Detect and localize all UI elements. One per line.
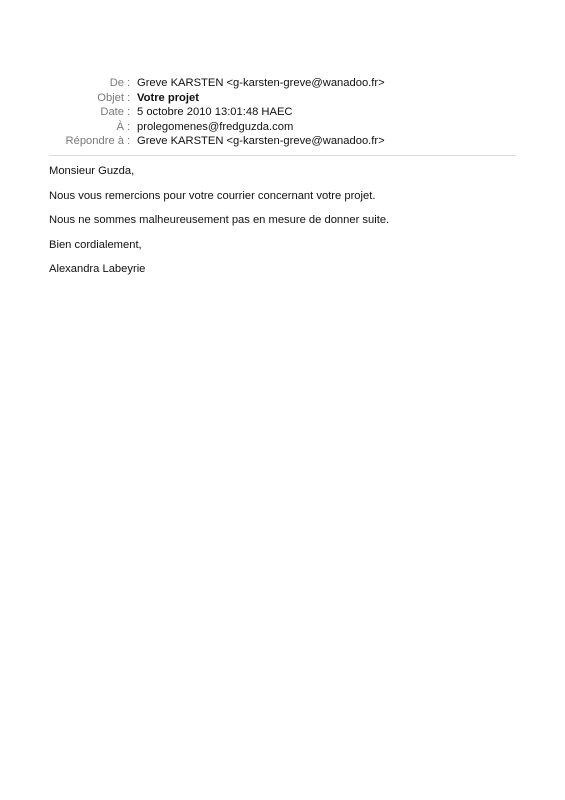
header-to: À : prolegomenes@fredguzda.com [40, 120, 520, 135]
header-from: De : Greve KARSTEN <g-karsten-greve@wana… [40, 76, 520, 91]
email-body: Monsieur Guzda, Nous vous remercions pou… [49, 164, 519, 287]
body-greeting: Monsieur Guzda, [49, 164, 519, 178]
header-reply-to: Répondre à : Greve KARSTEN <g-karsten-gr… [40, 134, 520, 149]
header-divider [49, 155, 516, 156]
header-separator: : [124, 76, 137, 91]
header-separator: : [124, 134, 137, 149]
header-date-label: Date [40, 105, 124, 120]
body-signature: Alexandra Labeyrie [49, 262, 519, 276]
header-to-value[interactable]: prolegomenes@fredguzda.com [137, 120, 293, 135]
header-to-label: À [40, 120, 124, 135]
body-paragraph: Nous ne sommes malheureusement pas en me… [49, 213, 519, 227]
header-separator: : [124, 105, 137, 120]
header-subject-label: Objet [40, 91, 124, 106]
header-separator: : [124, 91, 137, 106]
body-closing: Bien cordialement, [49, 238, 519, 252]
header-separator: : [124, 120, 137, 135]
header-from-label: De [40, 76, 124, 91]
email-header: De : Greve KARSTEN <g-karsten-greve@wana… [40, 76, 520, 149]
header-from-value[interactable]: Greve KARSTEN <g-karsten-greve@wanadoo.f… [137, 76, 385, 91]
header-subject-value: Votre projet [137, 91, 199, 106]
header-date-value: 5 octobre 2010 13:01:48 HAEC [137, 105, 293, 120]
header-reply-to-label: Répondre à [40, 134, 124, 149]
header-subject: Objet : Votre projet [40, 91, 520, 106]
body-paragraph: Nous vous remercions pour votre courrier… [49, 189, 519, 203]
header-date: Date : 5 octobre 2010 13:01:48 HAEC [40, 105, 520, 120]
header-reply-to-value[interactable]: Greve KARSTEN <g-karsten-greve@wanadoo.f… [137, 134, 385, 149]
